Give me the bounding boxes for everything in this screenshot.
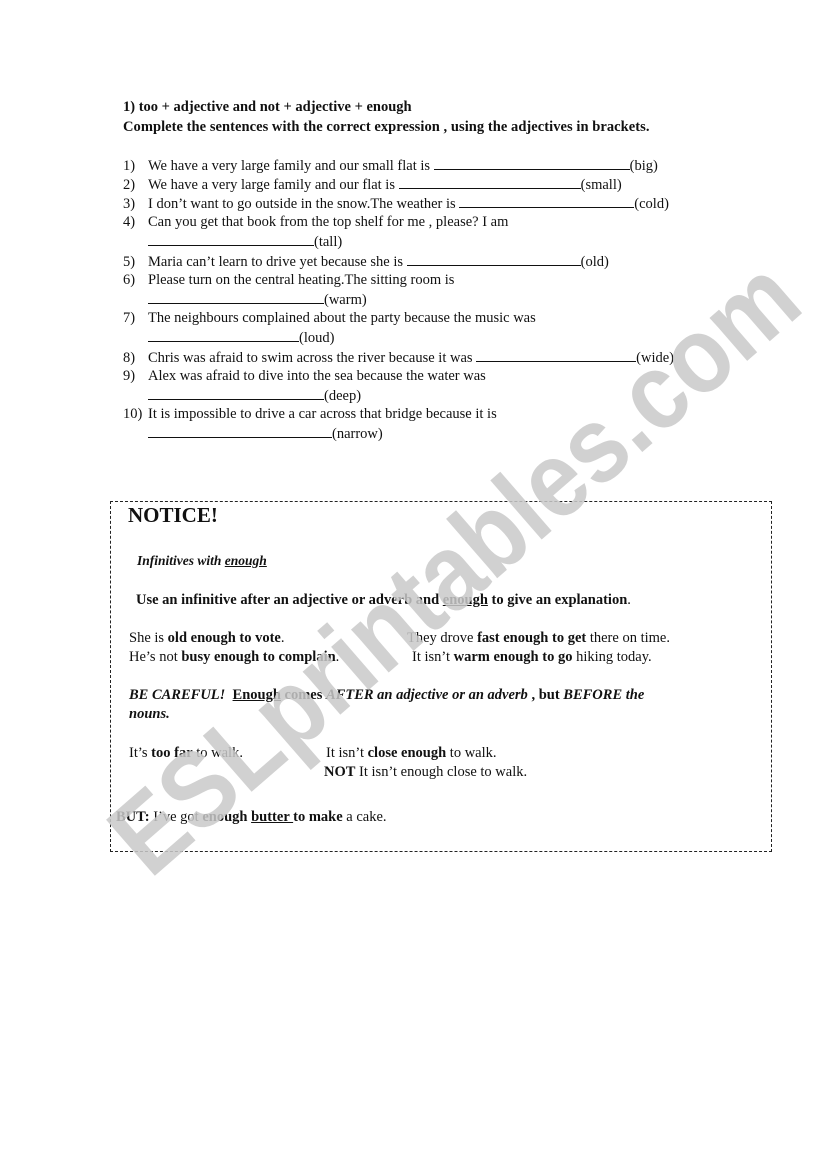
item-number: 2) — [123, 176, 148, 195]
answer-blank[interactable] — [434, 156, 630, 170]
exercise-item-1: 1)We have a very large family and our sm… — [123, 156, 658, 176]
item-text: It is impossible to drive a car across t… — [148, 406, 497, 422]
item-hint: (loud) — [299, 330, 334, 346]
careful-line-2: nouns. — [129, 706, 170, 723]
contrast-1: It’s too far to walk. — [129, 745, 243, 762]
item-hint: (narrow) — [332, 426, 383, 442]
but-bold: enough — [202, 809, 251, 825]
notice-subtitle: Infinitives with enough — [137, 553, 267, 569]
example-post: . — [281, 630, 285, 646]
item-hint: (small) — [581, 177, 622, 193]
item-hint: (tall) — [314, 234, 342, 250]
item-number: 3) — [123, 195, 148, 214]
item-number: 5) — [123, 253, 148, 272]
item-number: 1) — [123, 157, 148, 176]
example-pre: She is — [129, 630, 168, 646]
exercise-item-10-answer: (narrow) — [148, 424, 383, 444]
contrast-bold: close enough — [368, 745, 447, 761]
item-hint: (deep) — [324, 388, 361, 404]
example-3: He’s not busy enough to complain. — [129, 649, 339, 666]
exercise-item-8: 8)Chris was afraid to swim across the ri… — [123, 348, 674, 368]
answer-blank[interactable] — [148, 328, 299, 342]
example-bold: busy enough to complain — [181, 649, 335, 665]
item-number: 7) — [123, 309, 148, 328]
answer-blank[interactable] — [148, 386, 324, 400]
example-pre: They drove — [407, 630, 477, 646]
exercise-item-10: 10)It is impossible to drive a car acros… — [123, 405, 497, 424]
answer-blank[interactable] — [459, 194, 634, 208]
contrast-3: NOT It isn’t enough close to walk. — [324, 764, 527, 781]
example-bold: warm enough to go — [454, 649, 573, 665]
but-post: a cake. — [343, 809, 387, 825]
exercise-item-7: 7)The neighbours complained about the pa… — [123, 309, 536, 328]
exercise-item-5: 5)Maria can’t learn to drive yet because… — [123, 252, 609, 272]
item-text: Can you get that book from the top shelf… — [148, 214, 508, 230]
answer-blank[interactable] — [148, 424, 332, 438]
worksheet-page: 1) too + adjective and not + adjective +… — [0, 0, 821, 1169]
exercise-item-9: 9)Alex was afraid to dive into the sea b… — [123, 367, 486, 386]
answer-blank[interactable] — [407, 252, 581, 266]
contrast-2: It isn’t close enough to walk. — [326, 745, 497, 762]
exercise-item-4: 4)Can you get that book from the top she… — [123, 213, 508, 232]
exercise-item-2: 2)We have a very large family and our fl… — [123, 175, 622, 195]
example-post: hiking today. — [572, 649, 651, 665]
item-text: Alex was afraid to dive into the sea bec… — [148, 368, 486, 384]
contrast-pre: It isn’t — [326, 745, 368, 761]
item-text: We have a very large family and our flat… — [148, 177, 395, 193]
careful-dot: . — [166, 706, 170, 722]
example-1: She is old enough to vote. — [129, 630, 285, 647]
exercise-item-4-answer: (tall) — [148, 232, 342, 252]
rule-key: enough — [443, 592, 488, 608]
careful-line: BE CAREFUL! Enough comes AFTER an adject… — [129, 687, 644, 704]
but-pre: I’ve got — [150, 809, 203, 825]
but-key: butter — [251, 809, 293, 825]
exercise-item-9-answer: (deep) — [148, 386, 361, 406]
rule-part1: Use an infinitive after an adjective or … — [136, 592, 443, 608]
exercise-item-3: 3)I don’t want to go outside in the snow… — [123, 194, 669, 214]
item-text: Please turn on the central heating.The s… — [148, 272, 454, 288]
example-2: They drove fast enough to get there on t… — [407, 630, 670, 647]
exercise-item-6: 6)Please turn on the central heating.The… — [123, 271, 454, 290]
example-post: . — [336, 649, 340, 665]
careful-nouns: nouns — [129, 706, 166, 722]
notice-rule: Use an infinitive after an adjective or … — [136, 592, 631, 609]
answer-blank[interactable] — [476, 348, 636, 362]
item-text: We have a very large family and our smal… — [148, 158, 430, 174]
contrast-bold: NOT — [324, 764, 355, 780]
item-text: Chris was afraid to swim across the rive… — [148, 350, 473, 366]
item-number: 8) — [123, 349, 148, 368]
item-text: Maria can’t learn to drive yet because s… — [148, 254, 403, 270]
careful-mid: comes — [281, 687, 326, 703]
contrast-bold: too far — [151, 745, 192, 761]
item-hint: (big) — [630, 158, 658, 174]
contrast-post: to walk. — [193, 745, 243, 761]
example-pre: It isn’t — [412, 649, 454, 665]
exercise-item-7-answer: (loud) — [148, 328, 334, 348]
notice-title: NOTICE! — [128, 503, 218, 528]
careful-label: BE CAREFUL! — [129, 687, 225, 703]
subtitle-key: enough — [225, 553, 267, 568]
answer-blank[interactable] — [399, 175, 581, 189]
rule-end: . — [627, 592, 631, 608]
contrast-post: to walk. — [446, 745, 496, 761]
contrast-post: It isn’t enough close to walk. — [355, 764, 527, 780]
item-number: 9) — [123, 367, 148, 386]
example-pre: He’s not — [129, 649, 181, 665]
rule-part2: to give an explanation — [488, 592, 627, 608]
item-text: I don’t want to go outside in the snow.T… — [148, 196, 456, 212]
example-post: there on time. — [586, 630, 670, 646]
careful-before: BEFORE the — [563, 687, 644, 703]
exercise-heading: 1) too + adjective and not + adjective +… — [123, 99, 412, 116]
careful-key: Enough — [233, 687, 281, 703]
item-hint: (wide) — [636, 350, 674, 366]
answer-blank[interactable] — [148, 290, 324, 304]
subtitle-text: Infinitives with — [137, 553, 225, 568]
example-4: It isn’t warm enough to go hiking today. — [412, 649, 652, 666]
contrast-pre: It’s — [129, 745, 151, 761]
item-number: 4) — [123, 213, 148, 232]
item-number: 10) — [123, 405, 148, 424]
answer-blank[interactable] — [148, 232, 314, 246]
but-label: BUT: — [116, 809, 150, 825]
item-number: 6) — [123, 271, 148, 290]
but-line: BUT: I’ve got enough butter to make a ca… — [116, 809, 387, 826]
careful-but: , but — [528, 687, 563, 703]
item-hint: (warm) — [324, 292, 367, 308]
careful-after: AFTER an adjective or an adverb — [326, 687, 528, 703]
item-hint: (old) — [581, 254, 609, 270]
item-hint: (cold) — [634, 196, 669, 212]
but-bold-2: to make — [293, 809, 343, 825]
example-bold: fast enough to get — [477, 630, 586, 646]
item-text: The neighbours complained about the part… — [148, 310, 536, 326]
exercise-item-6-answer: (warm) — [148, 290, 367, 310]
exercise-instruction: Complete the sentences with the correct … — [123, 119, 650, 136]
example-bold: old enough to vote — [168, 630, 281, 646]
